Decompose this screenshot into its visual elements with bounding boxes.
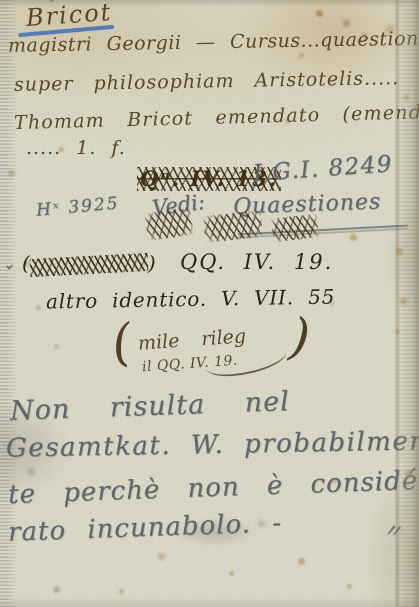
ink-line-1: magistri Georgii — Cursus...quaestionum <box>8 28 419 57</box>
ink-line-4: ..... 1. f. <box>26 138 126 159</box>
ditto-mark: 〃 <box>381 519 404 544</box>
pencil-note-line-4: rato incunabolo. - <box>8 509 283 547</box>
igi-reference: I.G.I. 8249 <box>252 152 393 187</box>
checkmark-icon: ⌄ <box>1 255 16 273</box>
foxing-spots <box>0 0 3 3</box>
struck-parenthetical: () <box>22 252 156 274</box>
close-paren: ) <box>148 251 156 275</box>
pencil-note-line-3: te perchè non è considé <box>8 467 419 510</box>
crossout-hatch <box>29 252 148 276</box>
ink-line-3: Thomam Bricot emendato (emendatus) <box>14 101 419 134</box>
current-shelfmark: QQ. IV. 19. <box>180 251 333 274</box>
note-close-paren: ) <box>287 309 312 366</box>
manuscript-page: ˢ Bricot magistri Georgii — Cursus...qua… <box>0 0 419 607</box>
crossout-hatch <box>271 214 319 243</box>
hain-reference: Hˣ 3925 <box>35 194 120 220</box>
crossout-hatch <box>144 207 193 241</box>
pencil-note-line-2: Gesamtkat. W. probabilmen <box>6 427 419 463</box>
pencil-note-line-1: Non risulta nel <box>10 387 291 426</box>
note-open-paren: ( <box>108 315 135 372</box>
open-paren: ( <box>22 251 30 275</box>
duplicate-shelfmark: altro identico. V. VII. 55 <box>46 285 335 312</box>
crossout-hatch <box>203 210 264 243</box>
pencil-underline <box>238 225 408 236</box>
ink-line-2: super philosophiam Aristotelis..... per <box>14 67 419 96</box>
